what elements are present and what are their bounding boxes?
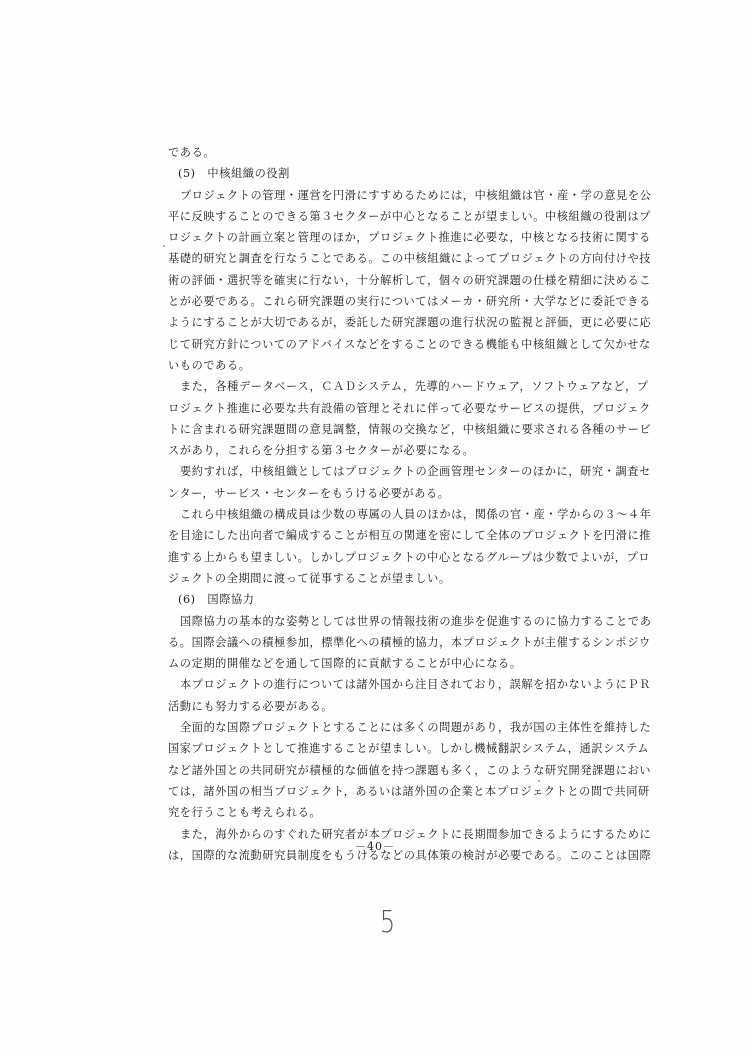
text-line: また，各種データベース，ＣＡＤシステム，先導的ハードウェア，ソフトウェアなど，プ — [168, 376, 624, 397]
text-line: これら中核組織の構成員は少数の専属の人員のほかは，関係の官・産・学からの３～４年 — [168, 504, 624, 525]
text-line: である。 — [168, 142, 624, 163]
text-line: とが必要である。これら研究課題の実行についてはメーカ・研究所・大学などに委託でき… — [168, 291, 624, 312]
text-line: じて研究方針についてのアドバイスなどをすることのできる機能も中核組織として欠かせ… — [168, 334, 624, 355]
page-number: －40－ — [0, 838, 750, 854]
section-heading: (6) 国際協力 — [168, 589, 624, 610]
scan-speck — [163, 245, 165, 247]
text-line: ロジェクト推進に必要な共有設備の管理とそれに伴って必要なサービスの提供，プロジェ… — [168, 398, 624, 419]
text-line: 活動にも努力する必要がある。 — [168, 696, 624, 717]
text-line: など諸外国との共同研究が積極的な価値を持つ課題も多く，このような研究開発課題にお… — [168, 760, 624, 781]
text-line: ムの定期的開催などを通して国際的に貢献することが中心になる。 — [168, 653, 624, 674]
text-line: 究を行うことも考えられる。 — [168, 802, 624, 823]
text-line: 術の評価・選択等を確実に行ない，十分解析して，個々の研究課題の仕様を精細に決める… — [168, 270, 624, 291]
text-line: ジェクトの全期間に渡って従事することが望ましい。 — [168, 568, 624, 589]
text-line: トに含まれる研究課題間の意見調整，情報の交換など，中核組織に要求される各種のサー… — [168, 419, 624, 440]
document-page: である。(5) 中核組織の役割プロジェクトの管理・運営を円滑にすすめるためには，… — [0, 0, 750, 1054]
text-line: 平に反映することのできる第３セクターが中心となることが望ましい。中核組織の役割は… — [168, 206, 624, 227]
text-line: 基礎的研究と調査を行なうことである。この中核組織によってプロジェクトの方向付けや… — [168, 248, 624, 269]
text-line: 要約すれば，中核組織としてはプロジェクトの企画管理センターのほかに，研究・調査セ — [168, 461, 624, 482]
text-line: プロジェクトの管理・運営を円滑にすすめるためには，中核組織は官・産・学の意見を公 — [168, 185, 624, 206]
text-line: ては，諸外国の相当プロジェクト，あるいは諸外国の企業と本プロジェクトとの間で共同… — [168, 781, 624, 802]
text-line: 国家プロジェクトとして推進することが望ましい。しかし機械翻訳システム，通訳システ… — [168, 738, 624, 759]
text-line: ようにすることが大切であるが，委託した研究課題の進行状況の監視と評価，更に必要に… — [168, 312, 624, 333]
text-line: る。国際会議への積極参加，標準化への積極的協力，本プロジェクトが主催するシンポジ… — [168, 632, 624, 653]
text-line: を目途にした出向者で編成することが相互の関連を密にして全体のプロジェクトを円滑に… — [168, 525, 624, 546]
text-line: 国際協力の基本的な姿勢としては世界の情報技術の進歩を促進するのに協力することであ — [168, 611, 624, 632]
text-line: ロジェクトの計画立案と管理のほか，プロジェクト推進に必要な，中核となる技術に関す… — [168, 227, 624, 248]
text-line: スがあり，これらを分担する第３セクターが必要になる。 — [168, 440, 624, 461]
section-heading: (5) 中核組織の役割 — [168, 163, 624, 184]
scan-speck — [538, 780, 540, 782]
handwritten-page-stamp: 5 — [380, 905, 395, 940]
text-line: 本プロジェクトの進行については諸外国から注目されており，誤解を招かないようにＰＲ — [168, 674, 624, 695]
text-line: いものである。 — [168, 355, 624, 376]
text-line: ンター，サービス・センターをもうける必要がある。 — [168, 483, 624, 504]
text-line: 進する上からも望ましい。しかしプロジェクトの中心となるグループは少数でよいが，プ… — [168, 547, 624, 568]
body-text: である。(5) 中核組織の役割プロジェクトの管理・運営を円滑にすすめるためには，… — [168, 142, 624, 866]
text-line: 全面的な国際プロジェクトとすることには多くの問題があり，我が国の主体性を維持した — [168, 717, 624, 738]
